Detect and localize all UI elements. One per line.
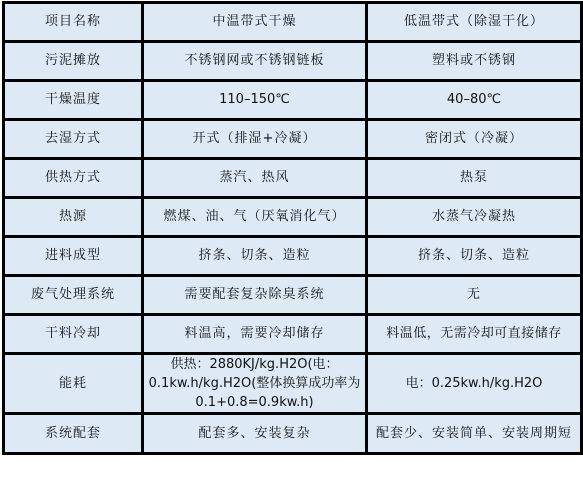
low-temp-value: 配套少、安装简单、安装周期短 xyxy=(367,414,582,454)
medium-temp-value: 配套多、安装复杂 xyxy=(143,414,367,454)
table-row: 去湿方式 开式（排湿+冷凝） 密闭式（冷凝） xyxy=(4,120,582,159)
table-row: 热源 燃煤、油、气（厌氧消化气） 水蒸气冷凝热 xyxy=(4,198,582,237)
medium-temp-value: 供热：2880KJ/kg.H2O(电：0.1kw.h/kg.H2O(整体换算成功… xyxy=(143,354,367,414)
low-temp-value: 密闭式（冷凝） xyxy=(367,120,582,159)
table-row: 废气处理系统 需要配套复杂除臭系统 无 xyxy=(4,276,582,315)
low-temp-value: 电：0.25kw.h/kg.H2O xyxy=(367,354,582,414)
low-temp-value: 塑料或不锈钢 xyxy=(367,42,582,81)
row-label: 干燥温度 xyxy=(4,81,143,120)
low-temp-value: 热泵 xyxy=(367,159,582,198)
row-label: 系统配套 xyxy=(4,414,143,454)
low-temp-value: 挤条、切条、造粒 xyxy=(367,237,582,276)
table-row: 干燥温度 110–150℃ 40–80℃ xyxy=(4,81,582,120)
table-row: 能耗 供热：2880KJ/kg.H2O(电：0.1kw.h/kg.H2O(整体换… xyxy=(4,354,582,414)
header-cell-low-temp: 低温带式（除湿干化） xyxy=(367,3,582,42)
table-row: 供热方式 蒸汽、热风 热泵 xyxy=(4,159,582,198)
header-cell-item: 项目名称 xyxy=(4,3,143,42)
low-temp-value: 料温低，无需冷却可直接储存 xyxy=(367,315,582,354)
row-label: 热源 xyxy=(4,198,143,237)
low-temp-value: 40–80℃ xyxy=(367,81,582,120)
row-label: 供热方式 xyxy=(4,159,143,198)
row-label: 干料冷却 xyxy=(4,315,143,354)
row-label: 能耗 xyxy=(4,354,143,414)
medium-temp-value: 料温高，需要冷却储存 xyxy=(143,315,367,354)
row-label: 污泥摊放 xyxy=(4,42,143,81)
table-row: 污泥摊放 不锈钢网或不锈钢链板 塑料或不锈钢 xyxy=(4,42,582,81)
low-temp-value: 无 xyxy=(367,276,582,315)
table-row: 干料冷却 料温高，需要冷却储存 料温低，无需冷却可直接储存 xyxy=(4,315,582,354)
medium-temp-value: 110–150℃ xyxy=(143,81,367,120)
table-header-row: 项目名称 中温带式干燥 低温带式（除湿干化） xyxy=(4,3,582,42)
medium-temp-value: 挤条、切条、造粒 xyxy=(143,237,367,276)
medium-temp-value: 燃煤、油、气（厌氧消化气） xyxy=(143,198,367,237)
row-label: 去湿方式 xyxy=(4,120,143,159)
table-row: 进料成型 挤条、切条、造粒 挤条、切条、造粒 xyxy=(4,237,582,276)
medium-temp-value: 开式（排湿+冷凝） xyxy=(143,120,367,159)
row-label: 废气处理系统 xyxy=(4,276,143,315)
header-cell-medium-temp: 中温带式干燥 xyxy=(143,3,367,42)
low-temp-value: 水蒸气冷凝热 xyxy=(367,198,582,237)
row-label: 进料成型 xyxy=(4,237,143,276)
medium-temp-value: 蒸汽、热风 xyxy=(143,159,367,198)
comparison-table: 项目名称 中温带式干燥 低温带式（除湿干化） 污泥摊放 不锈钢网或不锈钢链板 塑… xyxy=(2,1,583,455)
medium-temp-value: 需要配套复杂除臭系统 xyxy=(143,276,367,315)
table-row: 系统配套 配套多、安装复杂 配套少、安装简单、安装周期短 xyxy=(4,414,582,454)
medium-temp-value: 不锈钢网或不锈钢链板 xyxy=(143,42,367,81)
